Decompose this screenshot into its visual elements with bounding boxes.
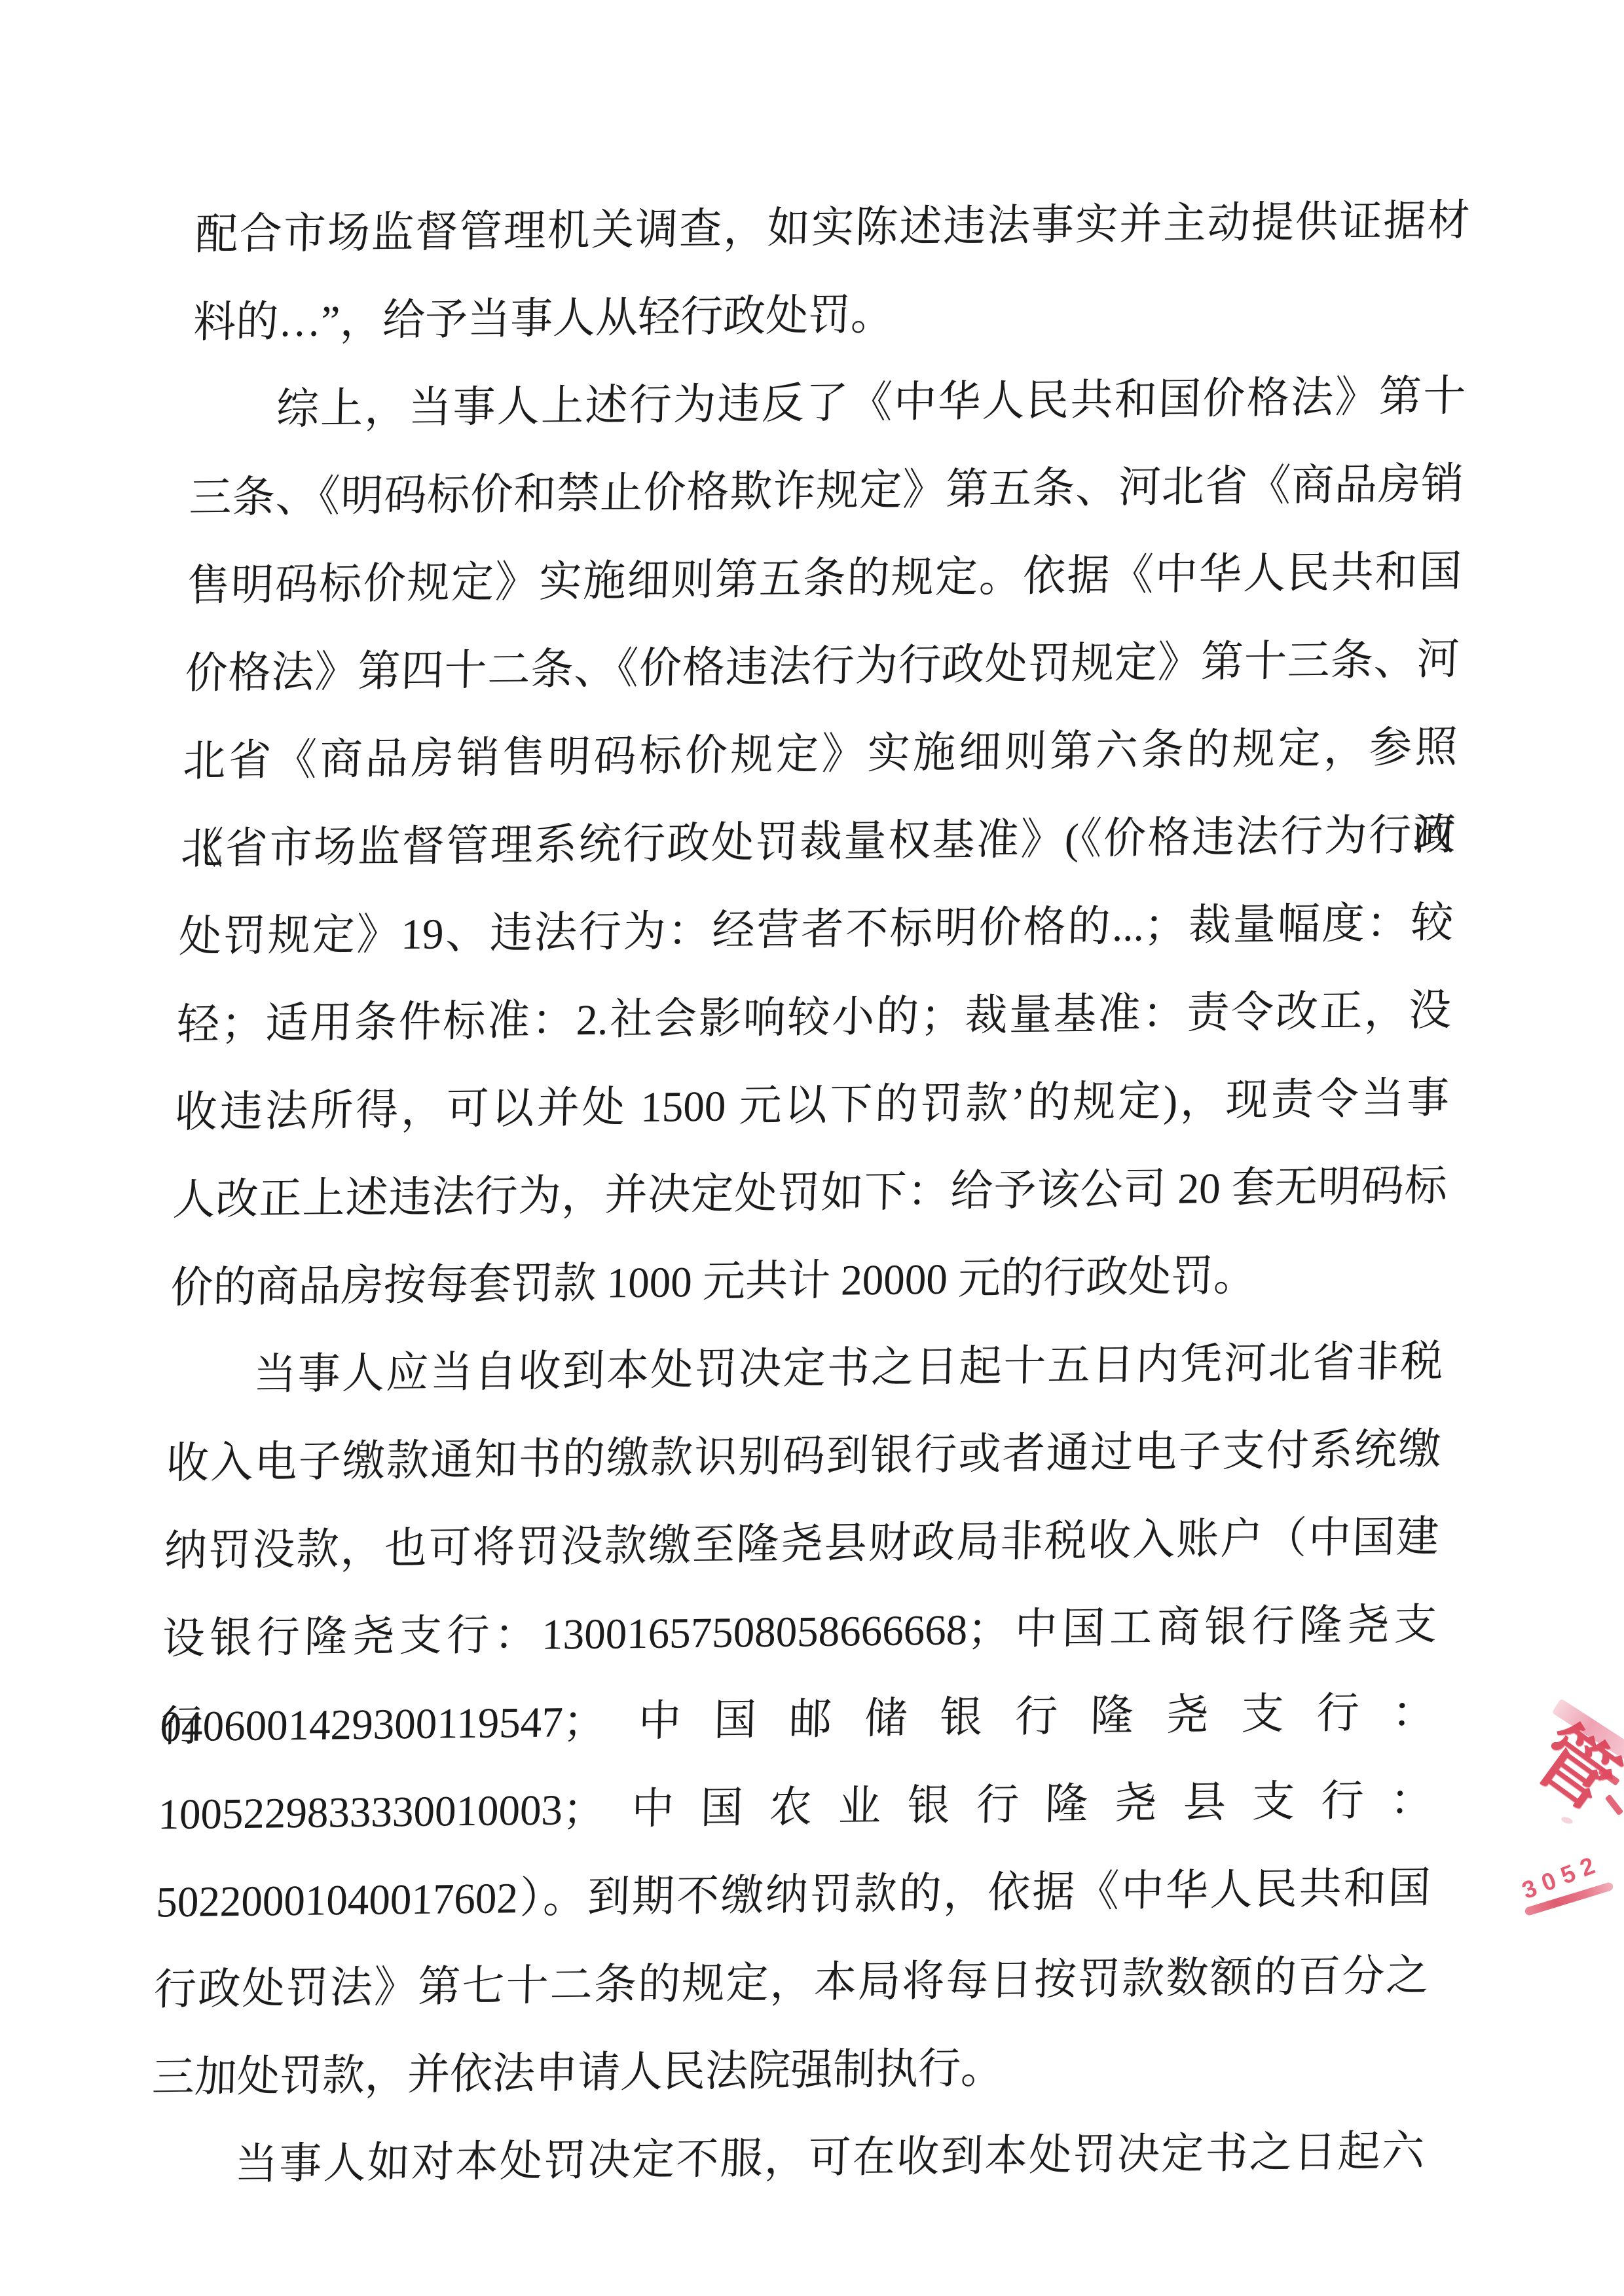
document-page: 配合市场监督管理机关调查，如实陈述违法事实并主动提供证据材 料的…”，给予当事人… bbox=[0, 0, 1624, 2296]
text-line: 三条、《明码标价和禁止价格欺诈规定》第五条、河北省《商品房销 bbox=[188, 441, 1464, 543]
text-line: 轻；适用条件标准：2.社会影响较小的；裁量基准：责令改正，没 bbox=[175, 967, 1452, 1069]
seal-code: 3052 bbox=[1519, 1850, 1606, 1904]
text-line: 配合市场监督管理机关调查，如实陈述违法事实并主动提供证据材 bbox=[194, 177, 1471, 280]
seal-ink-smear bbox=[1552, 1698, 1624, 1760]
text-line: 人改正上述违法行为，并决定处罚如下：给予该公司 20 套无明码标 bbox=[172, 1142, 1448, 1245]
text-line: 北省市场监督管理系统行政处罚裁量权基准》(《价格违法行为行政 bbox=[180, 792, 1456, 894]
seal-ink-dot bbox=[1560, 1815, 1574, 1825]
text-line: 0406001429300119547；中国邮储银行隆尧支行： bbox=[159, 1669, 1435, 1771]
document-text: 配合市场监督管理机关调查，如实陈述违法事实并主动提供证据材 料的…”，给予当事人… bbox=[149, 177, 1471, 2210]
text-line: 料的…”，给予当事人从轻行政处罚。 bbox=[193, 265, 1469, 367]
seal-character-fragment: 管 bbox=[1522, 1715, 1624, 1823]
seal-border-arc bbox=[1524, 1882, 1614, 1916]
seal-stroke-fragment bbox=[1598, 1767, 1620, 1786]
text-line: 价的商品房按每套罚款 1000 元共计 20000 元的行政处罚。 bbox=[170, 1230, 1446, 1332]
text-line: 收入电子缴款通知书的缴款识别码到银行或者通过电子支付系统缴 bbox=[166, 1406, 1442, 1508]
text-line: 纳罚没款，也可将罚没款缴至隆尧县财政局非税收入账户（中国建 bbox=[163, 1493, 1439, 1595]
text-line: 行政处罚法》第七十二条的规定，本局将每日按罚款数额的百分之 bbox=[153, 1932, 1430, 2034]
text-line: 北省《商品房销售明码标价规定》实施细则第六条的规定，参照《河 bbox=[182, 704, 1458, 806]
text-line: 1005229833330010003；中国农业银行隆尧县支行： bbox=[157, 1757, 1433, 1859]
seal-stroke-fragment bbox=[1605, 1795, 1624, 1816]
text-line: 设银行隆尧支行：13001657508058666668；中国工商银行隆尧支行： bbox=[161, 1581, 1437, 1683]
text-line: 价格法》第四十二条、《价格违法行为行政处罚规定》第十三条、河 bbox=[184, 616, 1460, 718]
text-line: 售明码标价规定》实施细则第五条的规定。依据《中华人民共和国 bbox=[186, 528, 1462, 630]
text-line: 收违法所得，可以并处 1500 元以下的罚款’的规定)，现责令当事 bbox=[174, 1055, 1450, 1157]
text-line: 当事人如对本处罚决定不服，可在收到本处罚决定书之日起六 bbox=[149, 2108, 1425, 2210]
text-line: 50220001040017602）。到期不缴纳罚款的，依据《中华人民共和国 bbox=[155, 1844, 1431, 1946]
text-line: 综上，当事人上述行为违反了《中华人民共和国价格法》第十 bbox=[190, 353, 1466, 455]
text-line: 三加处罚款，并依法申请人民法院强制执行。 bbox=[151, 2020, 1427, 2122]
text-line: 当事人应当自收到本处罚决定书之日起十五日内凭河北省非税 bbox=[168, 1318, 1444, 1420]
text-line: 处罚规定》19、违法行为：经营者不标明价格的...；裁量幅度：较 bbox=[178, 879, 1454, 981]
